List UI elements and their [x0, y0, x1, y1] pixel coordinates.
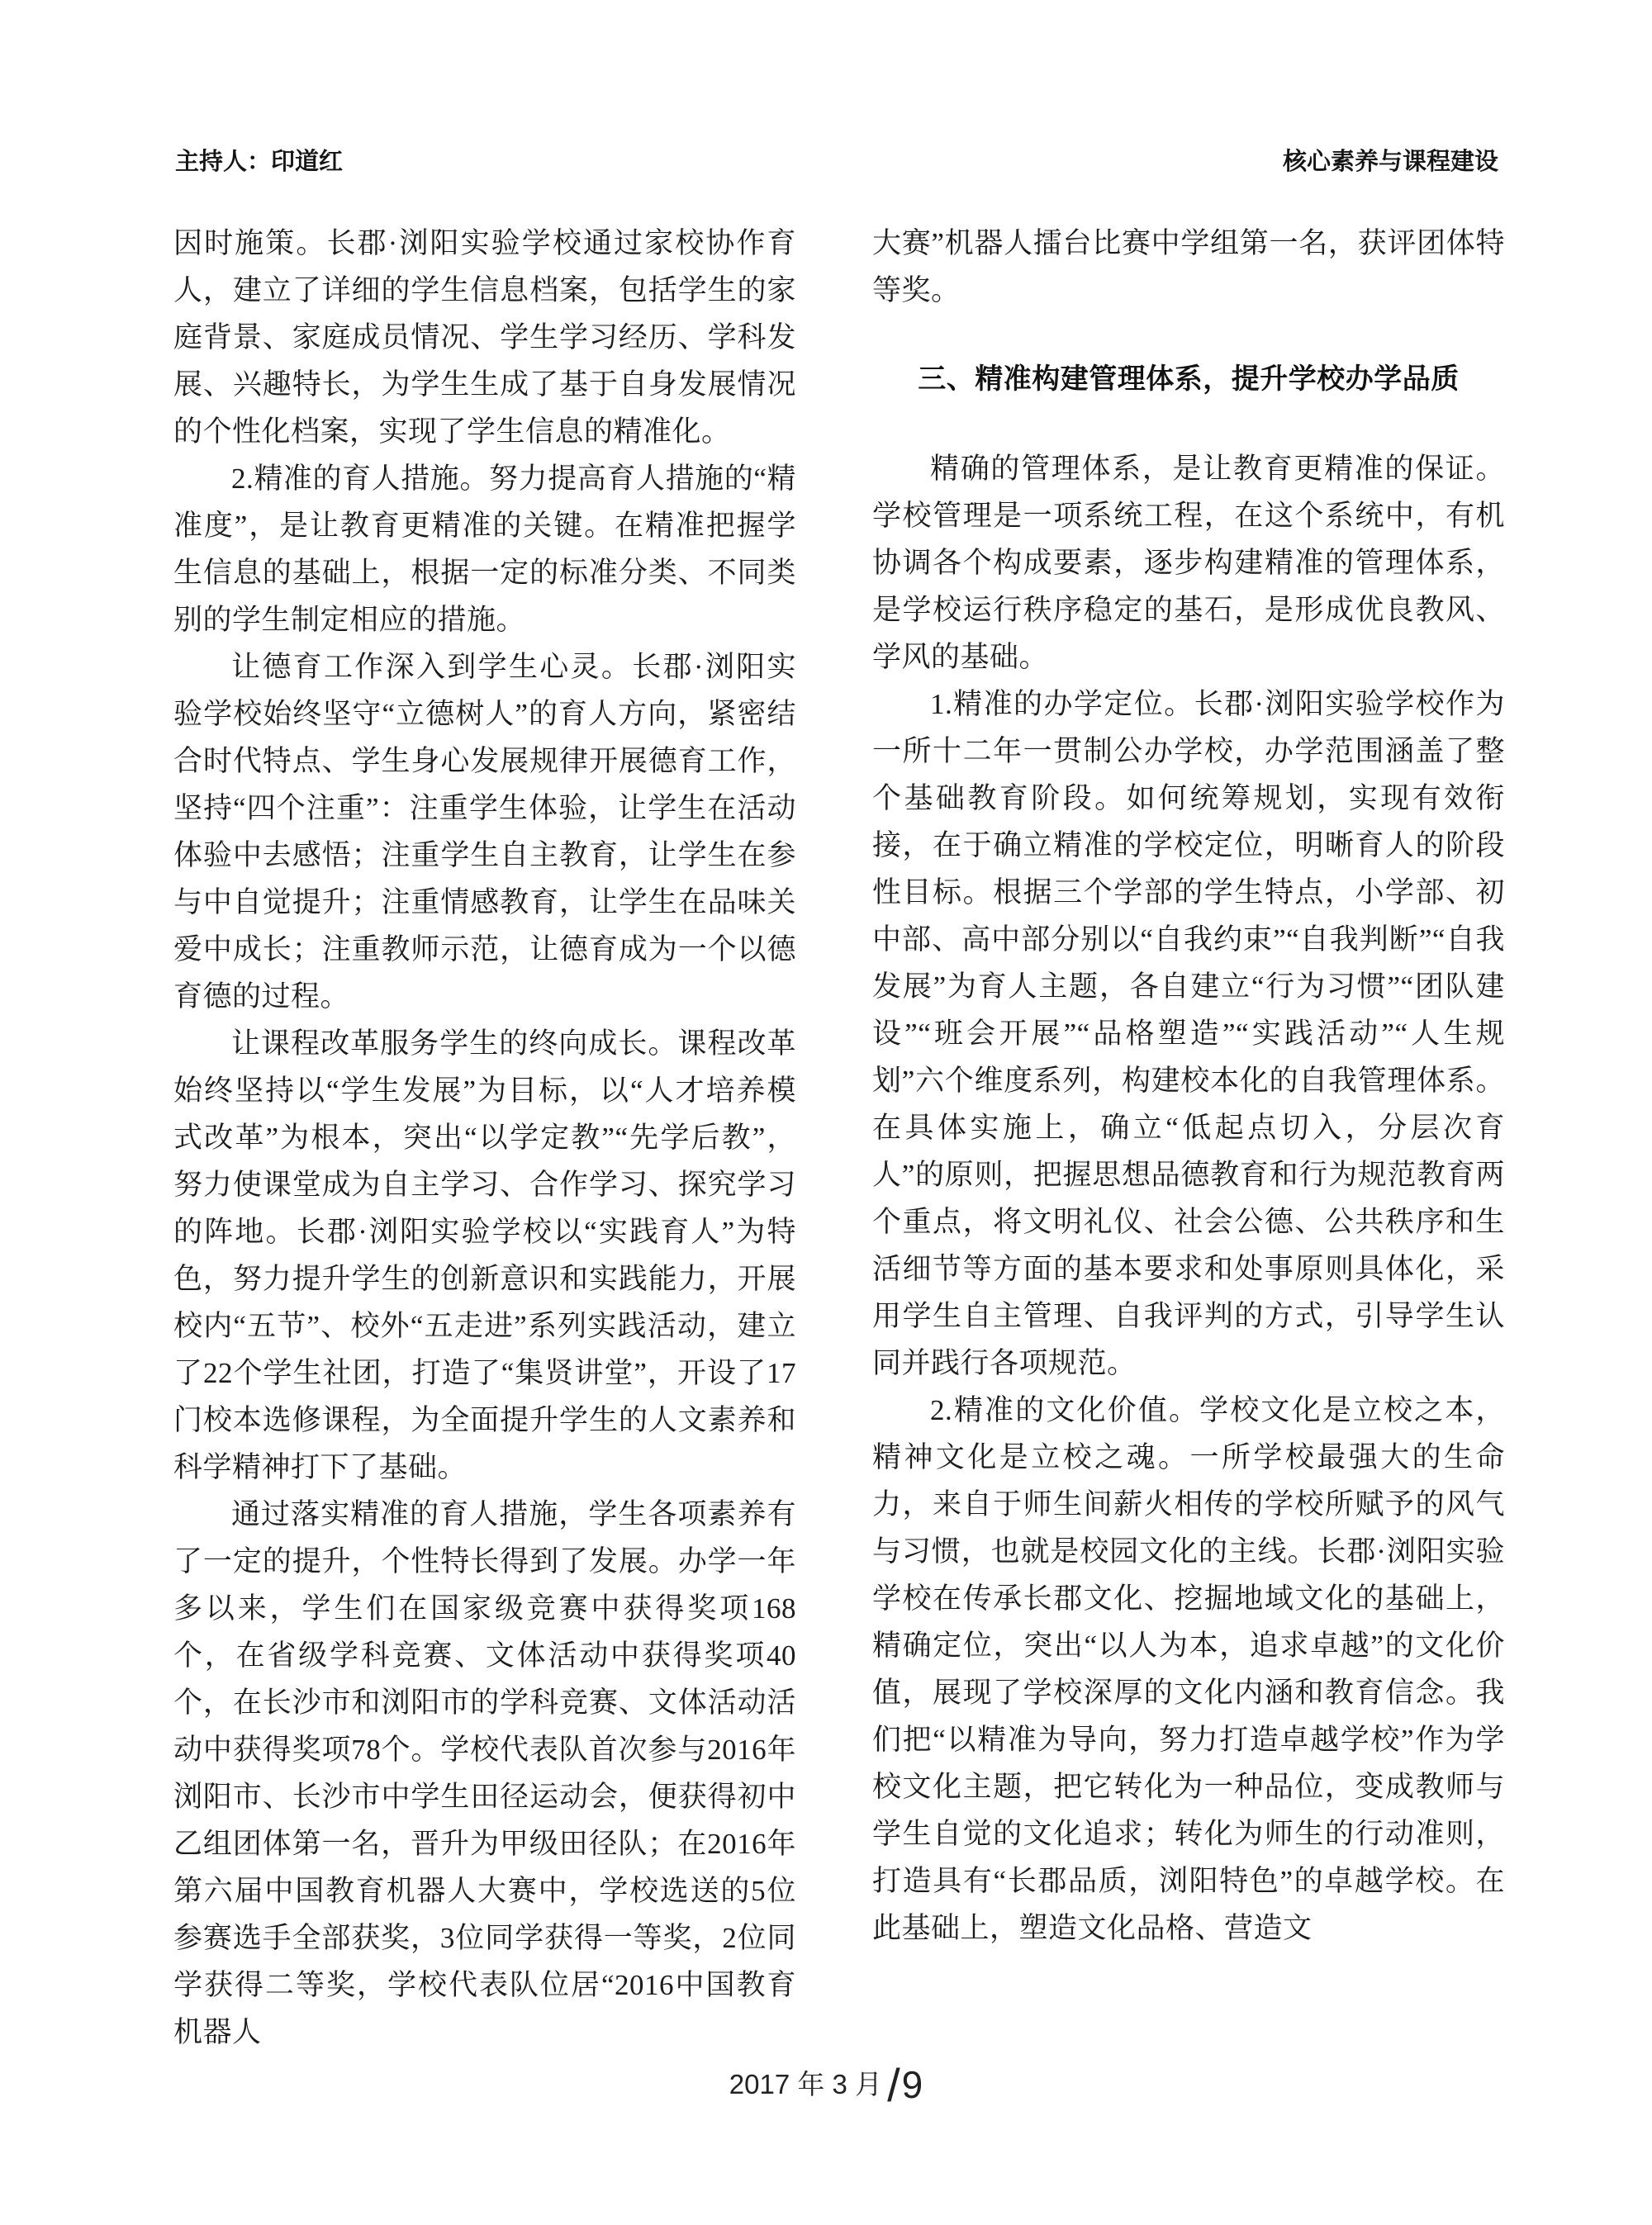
issue-section-title: 核心素养与课程建设	[1283, 149, 1498, 175]
footer-date: 2017 年 3 月	[729, 2069, 882, 2099]
paragraph: 让课程改革服务学生的终向成长。课程改革始终坚持以“学生发展”为目标，以“人才培养…	[173, 1020, 796, 1491]
footer-slash: /	[882, 2059, 902, 2111]
paragraph-continuation: 大赛”机器人擂台比赛中学组第一名，获评团体特等奖。	[872, 220, 1505, 314]
paragraph-continuation: 因时施策。长郡·浏阳实验学校通过家校协作育人，建立了详细的学生信息档案，包括学生…	[173, 220, 796, 455]
left-column: 因时施策。长郡·浏阳实验学校通过家校协作育人，建立了详细的学生信息档案，包括学生…	[173, 220, 796, 2056]
magazine-page: 主持人：印道红 核心素养与课程建设 因时施策。长郡·浏阳实验学校通过家校协作育人…	[0, 0, 1652, 2225]
right-column: 大赛”机器人擂台比赛中学组第一名，获评团体特等奖。 三、精准构建管理体系，提升学…	[872, 220, 1505, 1952]
page-header: 主持人：印道红 核心素养与课程建设	[175, 149, 1498, 178]
moderator-label: 主持人：印道红	[175, 149, 343, 175]
paragraph: 1.精准的办学定位。长郡·浏阳实验学校作为一所十二年一贯制公办学校，办学范围涵盖…	[872, 681, 1505, 1387]
paragraph: 2.精准的育人措施。努力提高育人措施的“精准度”，是让教育更精准的关键。在精准把…	[173, 455, 796, 643]
section-heading: 三、精准构建管理体系，提升学校办学品质	[872, 356, 1505, 403]
page-footer: 2017 年 3 月/9	[0, 2063, 1652, 2107]
footer-page-number: 9	[902, 2063, 923, 2106]
paragraph: 2.精准的文化价值。学校文化是立校之本，精神文化是立校之魂。一所学校最强大的生命…	[872, 1387, 1505, 1952]
paragraph: 精确的管理体系，是让教育更精准的保证。学校管理是一项系统工程，在这个系统中，有机…	[872, 445, 1505, 681]
paragraph: 让德育工作深入到学生心灵。长郡·浏阳实验学校始终坚守“立德树人”的育人方向，紧密…	[173, 643, 796, 1020]
paragraph: 通过落实精准的育人措施，学生各项素养有了一定的提升，个性特长得到了发展。办学一年…	[173, 1491, 796, 2056]
